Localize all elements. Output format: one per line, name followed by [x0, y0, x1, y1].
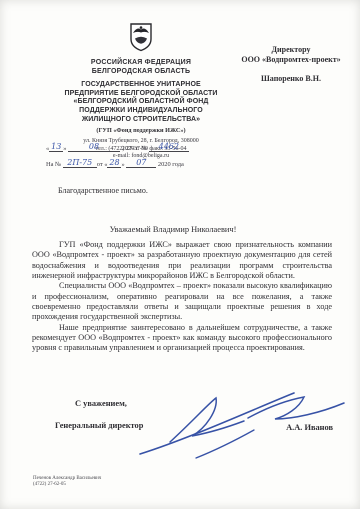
reply-label: На №	[46, 161, 61, 168]
org-short-name: (ГУП «Фонд поддержки ИЖС»)	[28, 127, 254, 134]
handwritten-number: 4462	[159, 142, 179, 151]
handwritten-reply-number: 2П-75	[67, 158, 92, 167]
handwritten-month: 08	[89, 142, 99, 151]
body-paragraph: Наше предприятие заинтересовано в дальне…	[32, 323, 332, 354]
quote-close: »	[63, 145, 66, 152]
organization-name: ГОСУДАРСТВЕННОЕ УНИТАРНОЕ ПРЕДПРИЯТИЕ БЕ…	[28, 81, 254, 124]
handwritten-reply-day: 28	[109, 158, 119, 167]
incoming-ref-line: На № 2П-75от «28» 07 2020 года	[46, 159, 242, 168]
country-name: РОССИЙСКАЯ ФЕДЕРАЦИЯ	[28, 59, 254, 68]
org-line: ПОДДЕРЖКИ ИНДИВИДУАЛЬНОГО	[28, 107, 254, 116]
scanned-letter-page: РОССИЙСКАЯ ФЕДЕРАЦИЯ БЕЛГОРОДСКАЯ ОБЛАСТ…	[0, 0, 360, 509]
recipient-block: Директору ООО «Водпромтех-проект» Шапоре…	[228, 45, 354, 84]
org-line: «БЕЛГОРОДСКИЙ ОБЛАСТНОЙ ФОНД	[28, 98, 254, 107]
recipient-title: Директору	[228, 45, 354, 55]
coat-of-arms-icon	[129, 22, 153, 57]
handwritten-day: 13	[51, 142, 61, 151]
reply-quote-close: »	[121, 161, 124, 168]
recipient-company: ООО «Водпромтех-проект»	[228, 55, 354, 65]
year-label: 2020 г. №	[122, 145, 148, 152]
salutation: Уважаемый Владимир Николаевич!	[0, 225, 346, 234]
closing-position: Генеральный директор	[55, 421, 143, 430]
reply-from-label: от «	[97, 161, 108, 168]
body-paragraph: Специалисты ООО «Водпромтех – проект» по…	[32, 281, 332, 322]
signature	[136, 388, 348, 460]
executor-block: Печенов Александр Васильевич (4722) 27-6…	[33, 476, 101, 488]
outgoing-ref-line: «13» 08 2020 г. № 4462	[46, 143, 242, 152]
org-line: ЖИЛИЩНОГО СТРОИТЕЛЬСТВА»	[28, 116, 254, 125]
closing-regards: С уважением,	[75, 399, 127, 408]
subject-line: Благодарственное письмо.	[58, 186, 148, 195]
org-line: ГОСУДАРСТВЕННОЕ УНИТАРНОЕ	[28, 81, 254, 90]
executor-phone: (4722) 27-62-05	[33, 482, 101, 488]
letter-body: ГУП «Фонд поддержки ИЖС» выражает свою п…	[32, 240, 332, 354]
recipient-person: Шапоренко В.Н.	[228, 74, 354, 84]
body-paragraph: ГУП «Фонд поддержки ИЖС» выражает свою п…	[32, 240, 332, 281]
handwritten-reply-month: 07	[136, 158, 146, 167]
letterhead: РОССИЙСКАЯ ФЕДЕРАЦИЯ БЕЛГОРОДСКАЯ ОБЛАСТ…	[28, 22, 254, 160]
reference-block: «13» 08 2020 г. № 4462 На № 2П-75от «28»…	[46, 143, 242, 175]
reply-year-label: 2020 года	[158, 161, 184, 168]
region-name: БЕЛГОРОДСКАЯ ОБЛАСТЬ	[28, 68, 254, 77]
